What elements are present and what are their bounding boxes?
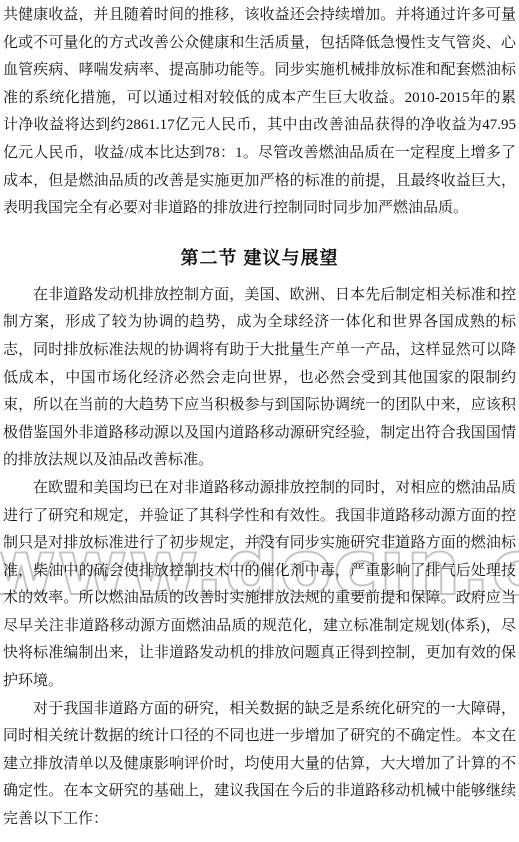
document-page: www.docin.com 共健康收益，并且随着时间的推移，该收益还会持续增加。… xyxy=(0,0,519,842)
page-content: 共健康收益，并且随着时间的推移，该收益还会持续增加。并将通过许多可量化或不可量化… xyxy=(0,0,519,834)
section-heading: 第二节 建议与展望 xyxy=(3,244,516,270)
paragraph-standards-harmonization: 在非道路发动机排放控制方面，美国、欧洲、日本先后制定相关标准和控制方案，形成了较… xyxy=(3,282,516,475)
paragraph-research-uncertainty: 对于我国非道路方面的研究，相关数据的缺乏是系统化研究的一大障碍，同时相关统计数据… xyxy=(3,696,516,834)
paragraph-fuel-quality-regulation: 在欧盟和美国均已在对非道路移动源排放控制的同时，对相应的燃油品质进行了研究和规定… xyxy=(3,475,516,696)
paragraph-health-benefit-continuation: 共健康收益，并且随着时间的推移，该收益还会持续增加。并将通过许多可量化或不可量化… xyxy=(3,2,516,223)
